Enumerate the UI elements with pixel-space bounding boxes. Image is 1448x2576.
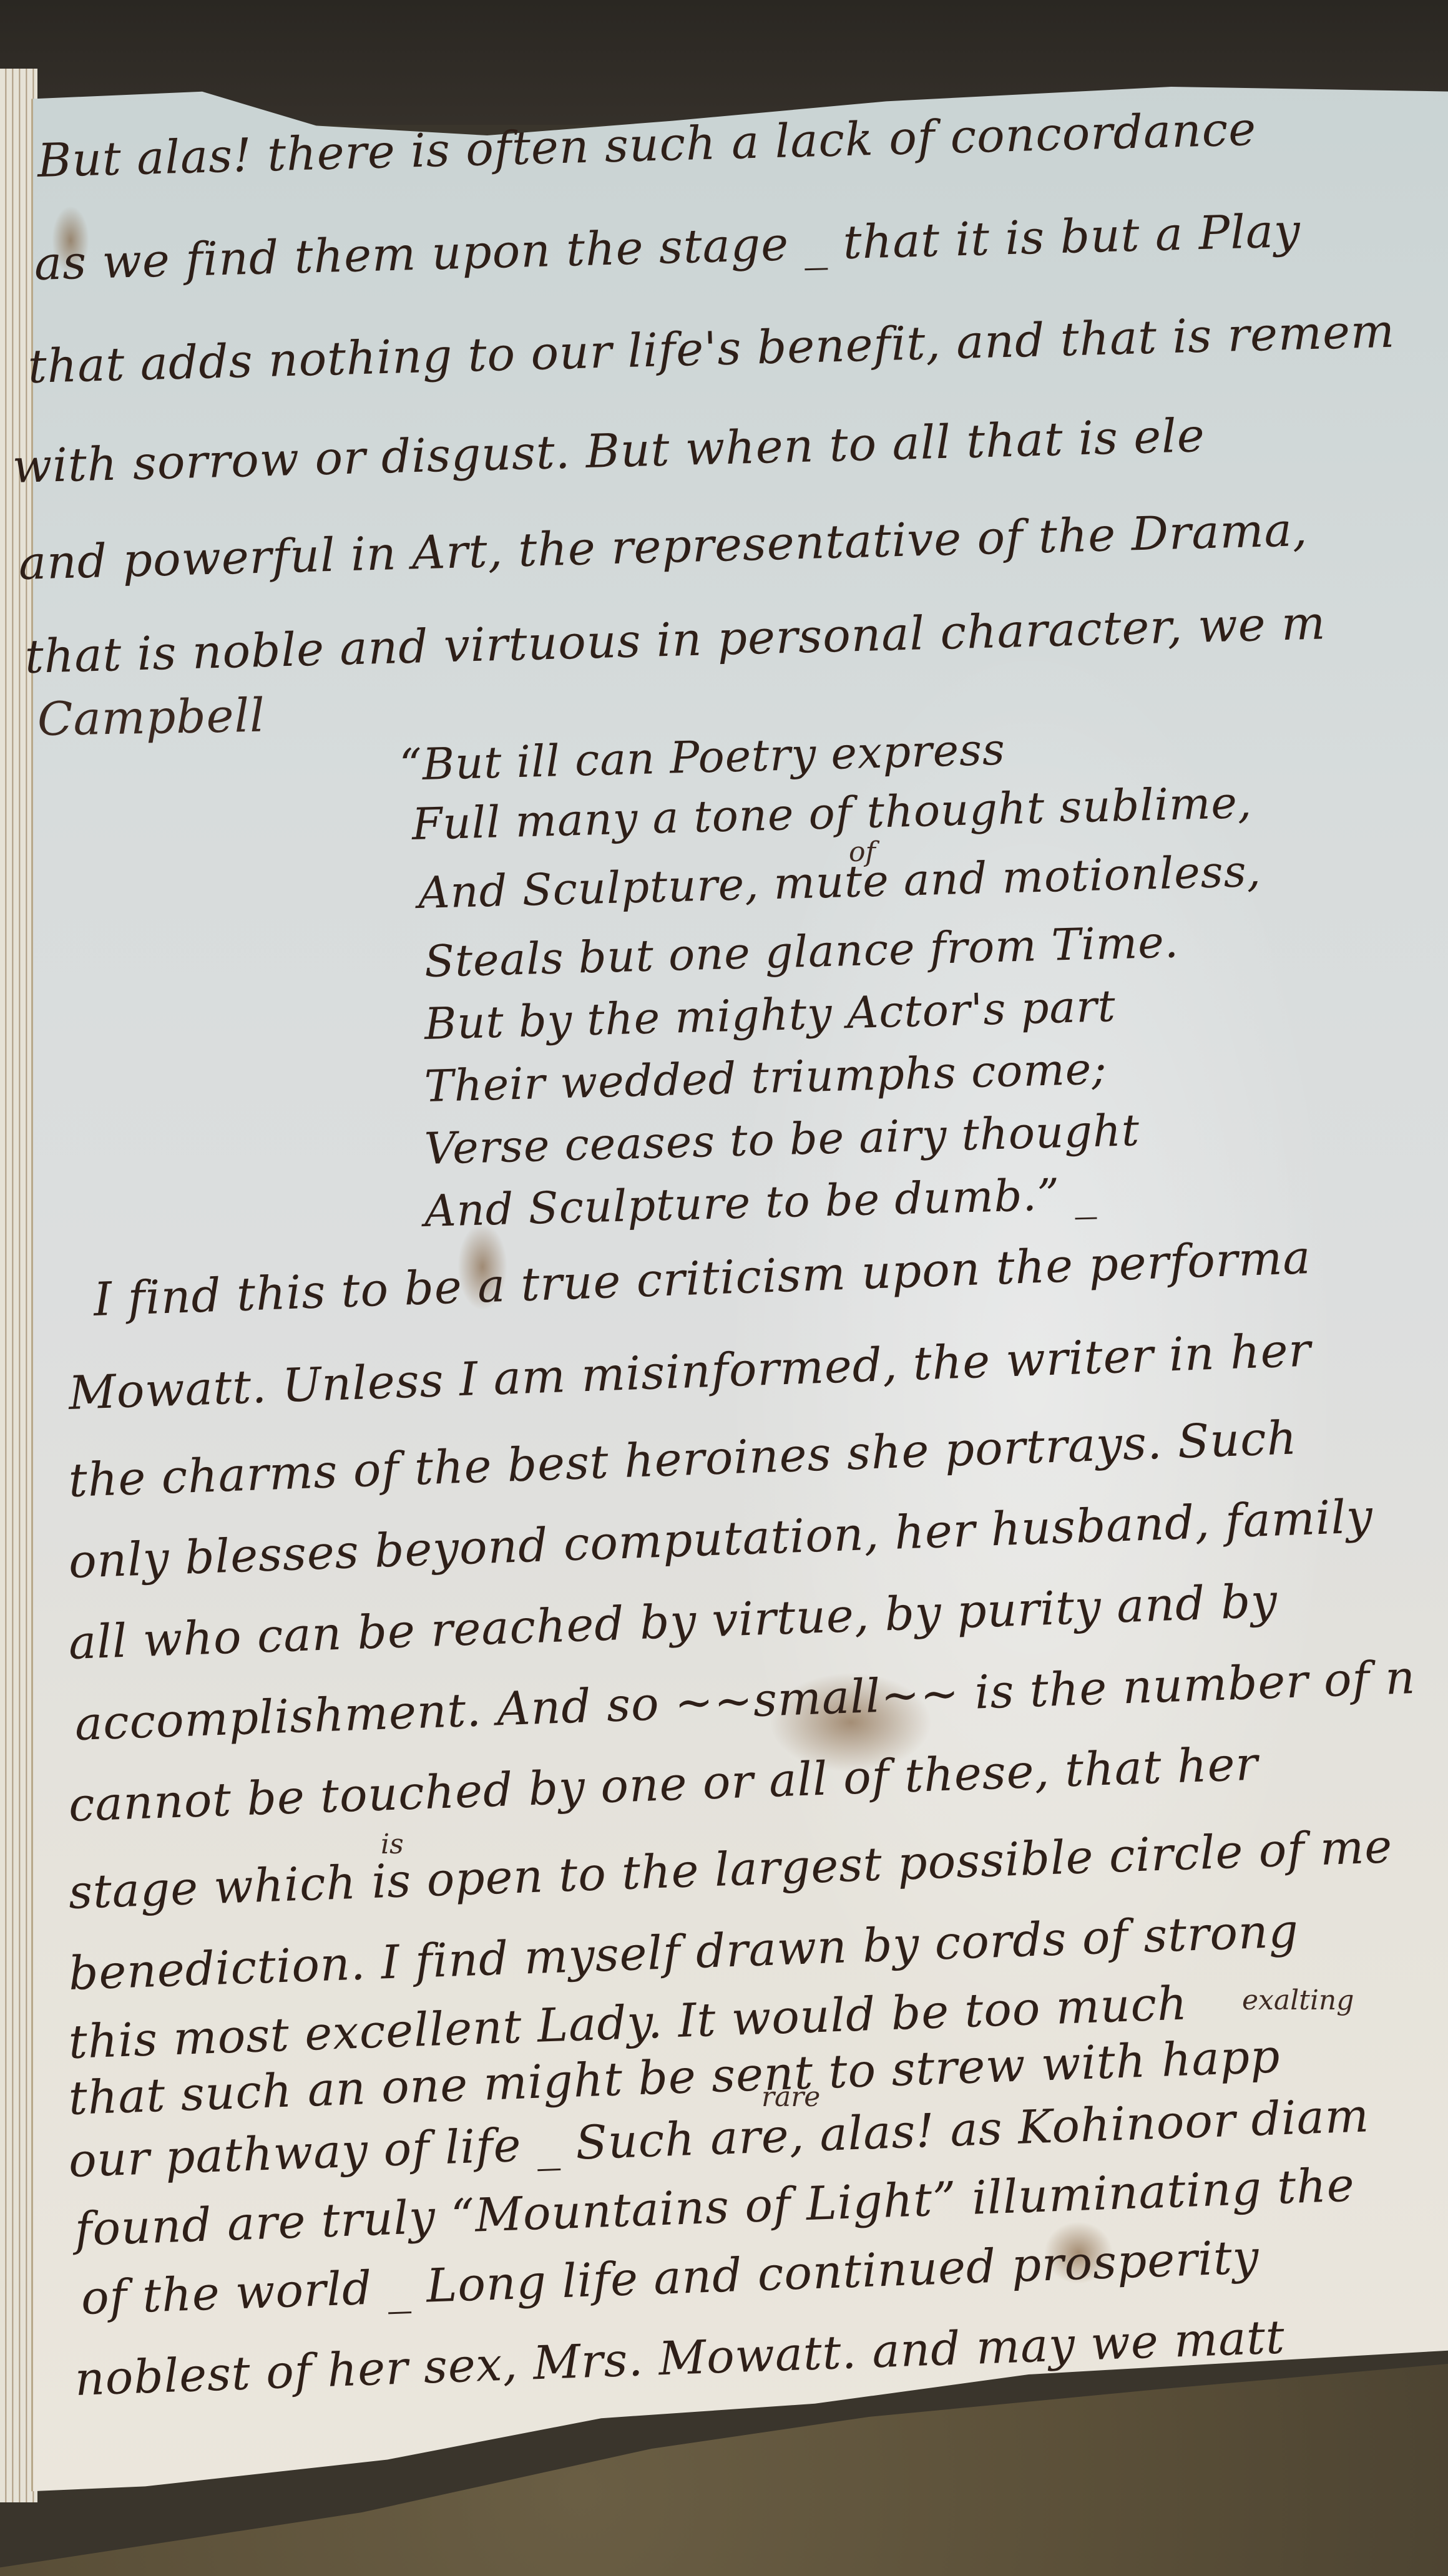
poem-attribution: Campbell [37, 689, 265, 746]
interlinear-insertion: exalting [1242, 1984, 1354, 2016]
